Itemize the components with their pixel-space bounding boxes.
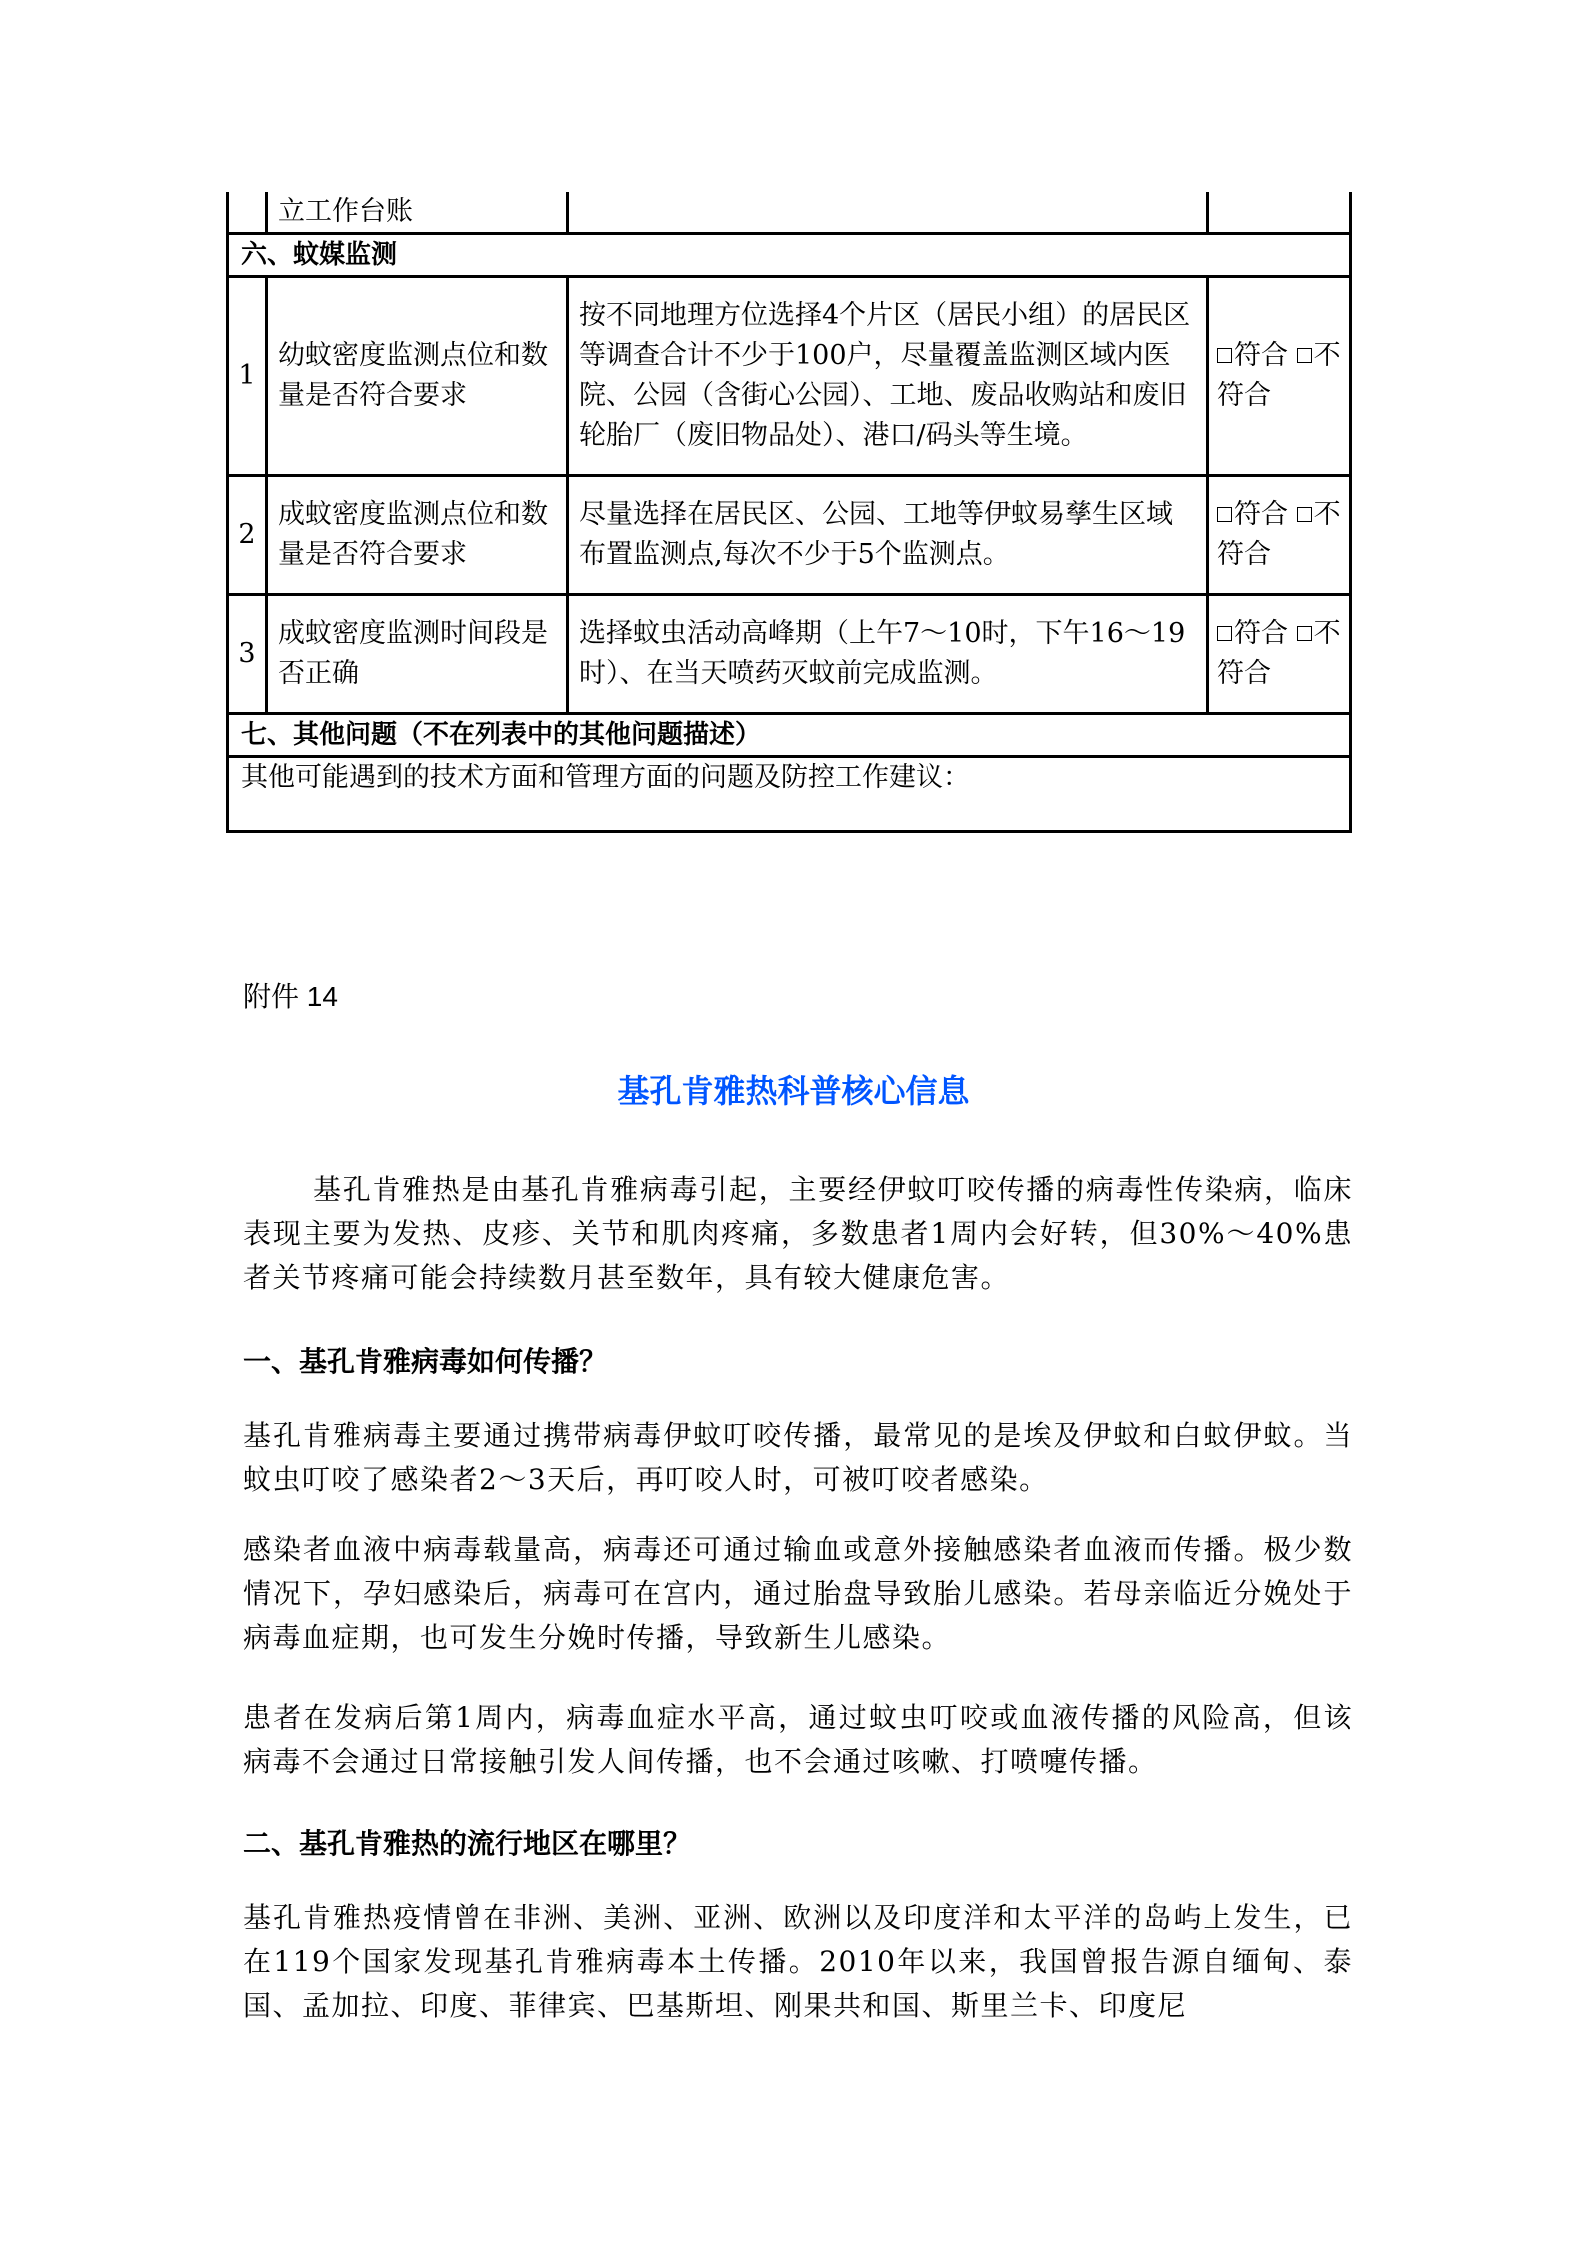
other-issues-field[interactable]: 其他可能遇到的技术方面和管理方面的问题及防控工作建议： xyxy=(228,757,1351,832)
paragraph: 基孔肯雅热疫情曾在非洲、美洲、亚洲、欧洲以及印度洋和太平洋的岛屿上发生，已在11… xyxy=(243,1896,1353,2028)
standard-cell xyxy=(568,192,1208,234)
status-cell: 符合 不符合 xyxy=(1208,277,1351,476)
status-cell: 符合 不符合 xyxy=(1208,476,1351,595)
compliant-label: 符合 xyxy=(1234,340,1288,371)
notes-row: 其他可能遇到的技术方面和管理方面的问题及防控工作建议： xyxy=(228,757,1351,832)
status-cell xyxy=(1208,192,1351,234)
table-row-continued: 立工作台账 xyxy=(228,192,1351,234)
table-row: 2 成蚊密度监测点位和数量是否符合要求 尽量选择在居民区、公园、工地等伊蚊易孳生… xyxy=(228,476,1351,595)
check-item: 幼蚊密度监测点位和数量是否符合要求 xyxy=(267,277,568,476)
checkbox-compliant[interactable] xyxy=(1217,626,1232,641)
intro-paragraph: 基孔肯雅热是由基孔肯雅病毒引起，主要经伊蚊叮咬传播的病毒性传染病，临床表现主要为… xyxy=(243,1168,1353,1300)
check-standard: 选择蚊虫活动高峰期（上午7～10时，下午16～19时）、在当天喷药灭蚊前完成监测… xyxy=(568,595,1208,714)
table-row: 1 幼蚊密度监测点位和数量是否符合要求 按不同地理方位选择4个片区（居民小组）的… xyxy=(228,277,1351,476)
document-page: 立工作台账 六、蚊媒监测 1 幼蚊密度监测点位和数量是否符合要求 按不同地理方位… xyxy=(0,0,1587,2245)
check-standard: 按不同地理方位选择4个片区（居民小组）的居民区等调查合计不少于100户，尽量覆盖… xyxy=(568,277,1208,476)
compliant-label: 符合 xyxy=(1234,499,1288,530)
checkbox-compliant[interactable] xyxy=(1217,507,1232,522)
row-number-cell xyxy=(228,192,267,234)
paragraph: 患者在发病后第1周内，病毒血症水平高，通过蚊虫叮咬或血液传播的风险高，但该病毒不… xyxy=(243,1696,1353,1784)
section-title-mosquito-monitoring: 六、蚊媒监测 xyxy=(228,234,1351,277)
section-heading-transmission: 一、基孔肯雅病毒如何传播？ xyxy=(243,1340,607,1380)
row-number: 1 xyxy=(228,277,267,476)
checkbox-noncompliant[interactable] xyxy=(1297,507,1312,522)
check-standard: 尽量选择在居民区、公园、工地等伊蚊易孳生区域布置监测点,每次不少于5个监测点。 xyxy=(568,476,1208,595)
section-header-row: 六、蚊媒监测 xyxy=(228,234,1351,277)
paragraph: 基孔肯雅病毒主要通过携带病毒伊蚊叮咬传播，最常见的是埃及伊蚊和白蚊伊蚊。当蚊虫叮… xyxy=(243,1414,1353,1502)
check-item: 成蚊密度监测点位和数量是否符合要求 xyxy=(267,476,568,595)
row-number: 2 xyxy=(228,476,267,595)
status-cell: 符合 不符合 xyxy=(1208,595,1351,714)
section-header-row: 七、其他问题（不在列表中的其他问题描述） xyxy=(228,714,1351,757)
table-row: 3 成蚊密度监测时间段是否正确 选择蚊虫活动高峰期（上午7～10时，下午16～1… xyxy=(228,595,1351,714)
inspection-table: 立工作台账 六、蚊媒监测 1 幼蚊密度监测点位和数量是否符合要求 按不同地理方位… xyxy=(226,192,1352,833)
check-item: 成蚊密度监测时间段是否正确 xyxy=(267,595,568,714)
checkbox-compliant[interactable] xyxy=(1217,348,1232,363)
document-title: 基孔肯雅热科普核心信息 xyxy=(0,1066,1587,1112)
row-number: 3 xyxy=(228,595,267,714)
section-heading-epidemic-regions: 二、基孔肯雅热的流行地区在哪里？ xyxy=(243,1822,691,1862)
item-cell: 立工作台账 xyxy=(267,192,568,234)
annex-label: 附件 14 xyxy=(243,975,338,1015)
checkbox-noncompliant[interactable] xyxy=(1297,626,1312,641)
section-title-other-issues: 七、其他问题（不在列表中的其他问题描述） xyxy=(228,714,1351,757)
paragraph: 感染者血液中病毒载量高，病毒还可通过输血或意外接触感染者血液而传播。极少数情况下… xyxy=(243,1528,1353,1660)
compliant-label: 符合 xyxy=(1234,618,1288,649)
checkbox-noncompliant[interactable] xyxy=(1297,348,1312,363)
